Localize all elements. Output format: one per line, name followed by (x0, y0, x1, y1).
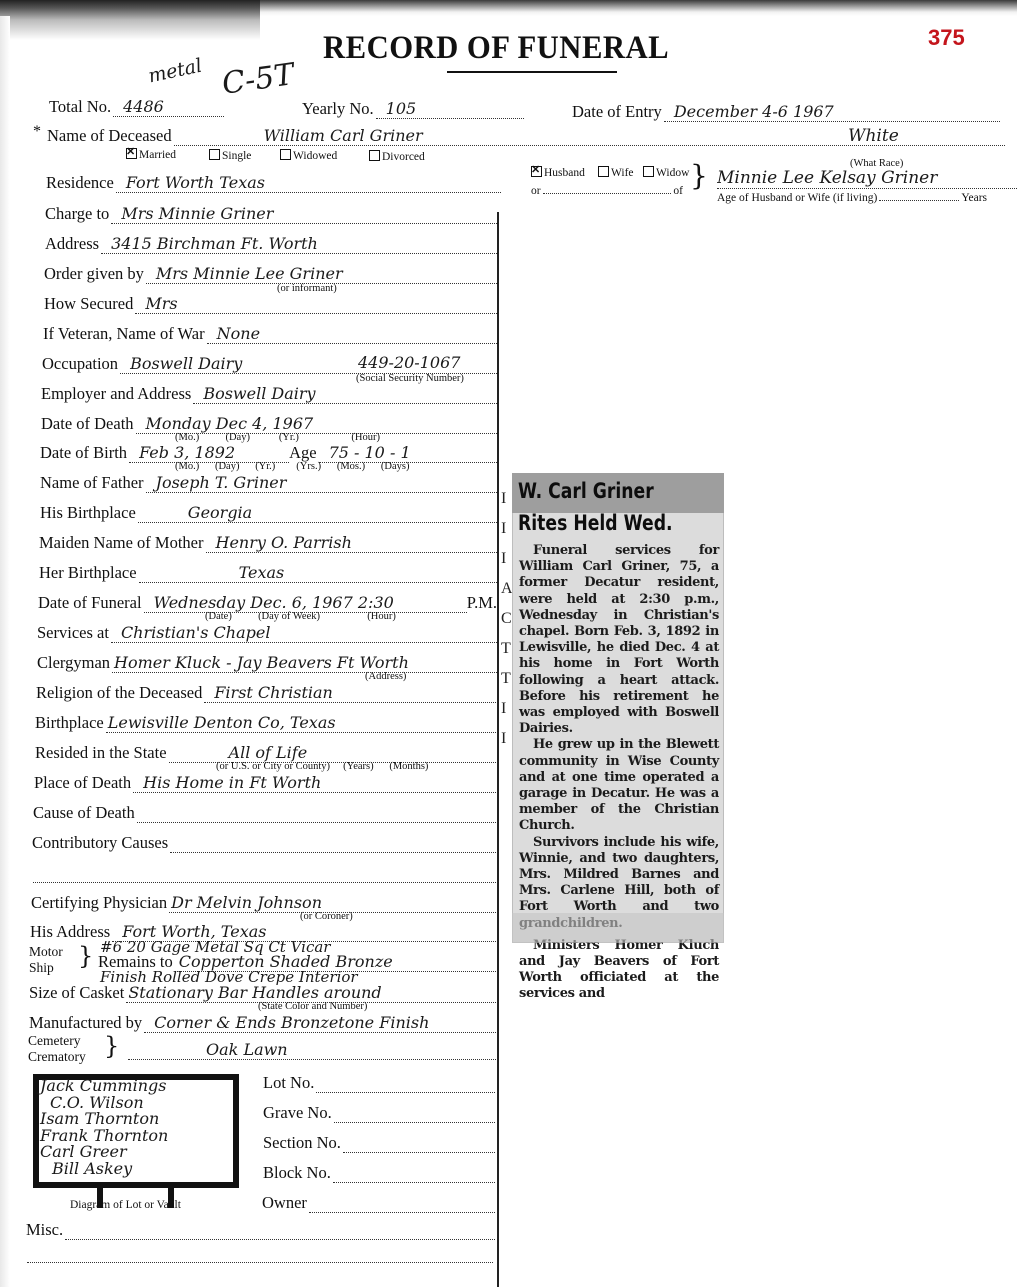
brace: } (690, 162, 708, 190)
birthplace-value: Lewisville Denton Co, Texas (106, 714, 496, 733)
brace: } (104, 1034, 119, 1058)
brace: } (78, 944, 93, 968)
contributory-causes-field: Contributory Causes (32, 831, 496, 853)
manufactured-by-value: Corner & Ends Bronzetone Finish (144, 1014, 496, 1033)
employer-value: Boswell Dairy (193, 385, 497, 404)
services-at-field: Services at Christian's Chapel (37, 621, 497, 643)
pallbearers-list: Jack Cummings C.O. Wilson Isam Thornton … (40, 1078, 168, 1177)
scan-corner-shadow (0, 0, 260, 40)
charge-to-field: Charge to Mrs Minnie Griner (45, 202, 497, 224)
owner-field: Owner (262, 1191, 495, 1213)
blank-line (31, 861, 496, 883)
residence-value: Fort Worth Texas (116, 174, 501, 193)
contributory-causes-value (170, 852, 496, 853)
or-of-line: or of (531, 185, 683, 197)
checkbox-widowed[interactable]: Widowed (280, 149, 337, 162)
checkbox-husband[interactable]: Husband (531, 166, 585, 179)
total-no-label: Total No. (49, 97, 111, 117)
name-of-deceased-label: Name of Deceased (47, 126, 172, 146)
how-secured-value: Mrs (135, 295, 497, 314)
checkbox-wife[interactable]: Wife (598, 166, 634, 179)
date-of-entry-label: Date of Entry (572, 102, 662, 122)
cemetery-value: Oak Lawn (128, 1041, 496, 1060)
asterisk: * (33, 123, 41, 141)
services-at-value: Christian's Chapel (111, 624, 497, 643)
date-of-birth-field: Date of Birth Feb 3, 1892 Age 75 - 10 - … (40, 441, 497, 463)
grave-no-field: Grave No. (263, 1101, 495, 1123)
father-value: Joseph T. Griner (146, 474, 497, 493)
veteran-field: If Veteran, Name of War None (43, 322, 497, 344)
cemetery-label: Cemetery (28, 1033, 80, 1048)
her-birthplace-field: Her Birthplace Texas (39, 561, 497, 583)
block-no-field: Block No. (263, 1161, 495, 1183)
religion-value: First Christian (204, 684, 496, 703)
date-of-funeral-field: Date of Funeral Wednesday Dec. 6, 1967 2… (38, 591, 497, 613)
yearly-no-label: Yearly No. (302, 99, 374, 119)
clergyman-field: Clergyman Homer Kluck - Jay Beavers Ft W… (37, 651, 497, 673)
address-field: Address 3415 Birchman Ft. Worth (45, 232, 497, 254)
physician-field: Certifying Physician Dr Melvin Johnson (31, 891, 496, 913)
margin-note-metal: metal (146, 55, 204, 88)
yearly-no-value: 105 (376, 100, 524, 119)
pallbearer: Bill Askey (40, 1161, 168, 1178)
misc-field: Misc. (26, 1218, 495, 1240)
checkbox-divorced[interactable]: Divorced (369, 150, 425, 163)
order-given-by-value: Mrs Minnie Lee Griner (146, 265, 497, 284)
clipping-paragraph: Ministers Homer Kluch and Jay Beavers of… (519, 938, 719, 1003)
page-number: 375 (928, 25, 965, 51)
misc-line (27, 1262, 493, 1263)
mother-value: Henry O. Parrish (206, 534, 498, 553)
her-birthplace-value: Texas (139, 564, 497, 583)
clipping-headline: W. Carl Griner (518, 479, 654, 503)
place-of-death-field: Place of Death His Home in Ft Worth (34, 771, 496, 793)
spouse-age-field: Age of Husband or Wife (if living) Years (717, 192, 987, 204)
his-birthplace-value: Georgia (138, 504, 497, 523)
religion-field: Religion of the Deceased First Christian (36, 681, 496, 703)
date-of-entry-field: Date of Entry December 4-6 1967 (572, 100, 1000, 122)
resided-field: Resided in the State All of Life (35, 741, 496, 763)
mother-field: Maiden Name of Mother Henry O. Parrish (39, 531, 497, 553)
ship-label: Ship (29, 960, 54, 975)
cause-of-death-field: Cause of Death (33, 801, 496, 823)
margin-note-code: C-5T (220, 57, 296, 102)
charge-to-value: Mrs Minnie Griner (111, 205, 497, 224)
cemetery-field: Oak Lawn (126, 1038, 496, 1060)
how-secured-field: How Secured Mrs (44, 292, 497, 314)
father-field: Name of Father Joseph T. Griner (40, 471, 497, 493)
newspaper-clipping: W. Carl Griner Rites Held Wed. Funeral s… (512, 473, 724, 943)
clipping-bottom-shade (512, 913, 724, 943)
spouse-name-value: Minnie Lee Kelsay Griner (717, 168, 1017, 189)
total-no-field: Total No. 4486 (49, 95, 224, 117)
hidden-column-text: I I I A C T T I I (501, 484, 513, 754)
birthplace-field: Birthplace Lewisville Denton Co, Texas (35, 711, 496, 733)
his-birthplace-field: His Birthplace Georgia (40, 501, 497, 523)
residence-field: Residence Fort Worth Texas (46, 171, 501, 193)
clergyman-value: Homer Kluck - Jay Beavers Ft Worth (112, 654, 497, 673)
cause-of-death-value (137, 822, 496, 823)
scan-left-shadow (0, 16, 10, 1287)
residence-label: Residence (46, 173, 114, 193)
date-of-death-field: Date of Death Monday Dec 4, 1967 (41, 412, 497, 434)
checkbox-single[interactable]: Single (209, 149, 251, 162)
motor-label: Motor (29, 944, 63, 959)
order-given-by-field: Order given by Mrs Minnie Lee Griner (44, 262, 497, 284)
size-of-casket-field: Size of Casket Stationary Bar Handles ar… (29, 981, 496, 1003)
employer-field: Employer and Address Boswell Dairy (41, 382, 497, 404)
clipping-paragraph: Funeral services for William Carl Griner… (519, 543, 719, 737)
checkbox-widow[interactable]: Widow (643, 166, 689, 179)
crematory-label: Crematory (28, 1049, 86, 1064)
title-underline (447, 71, 617, 73)
checkbox-married[interactable]: Married (126, 148, 176, 161)
diagram-caption: Diagram of Lot or Vault (70, 1199, 181, 1211)
column-divider (497, 212, 499, 1287)
yearly-no-field: Yearly No. 105 (302, 97, 524, 119)
clipping-subheadline: Rites Held Wed. (518, 511, 673, 535)
clipping-paragraph: He grew up in the Blewett community in W… (519, 737, 719, 834)
address-value: 3415 Birchman Ft. Worth (101, 235, 497, 254)
total-no-value: 4486 (113, 98, 224, 117)
place-of-death-value: His Home in Ft Worth (133, 774, 496, 793)
date-of-entry-value: December 4-6 1967 (664, 103, 1000, 122)
lot-no-field: Lot No. (263, 1071, 495, 1093)
veteran-value: None (207, 325, 497, 344)
race-value: White (848, 126, 899, 146)
manufactured-by-field: Manufactured by Corner & Ends Bronzetone… (29, 1011, 496, 1033)
social-security-number: 449-20-1067 (358, 353, 460, 372)
document-title: RECORD OF FUNERAL (323, 30, 669, 67)
section-no-field: Section No. (263, 1131, 495, 1153)
